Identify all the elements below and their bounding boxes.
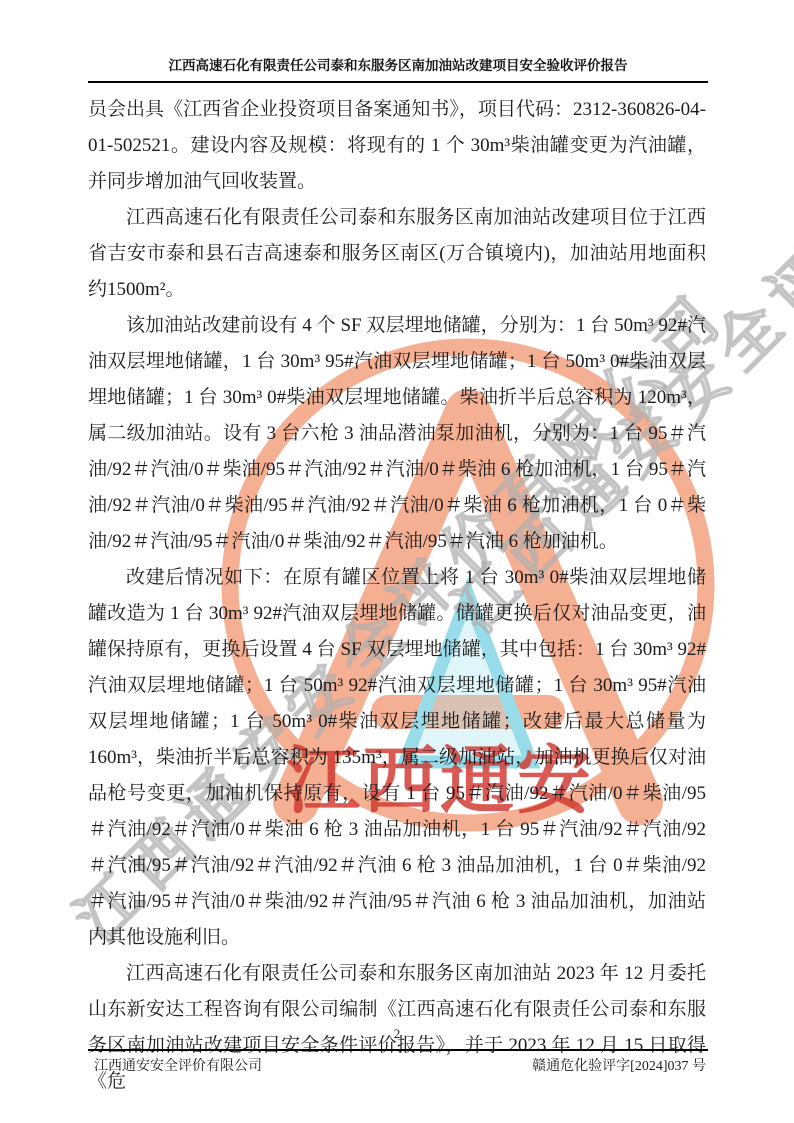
page-header-title: 江西高速石化有限责任公司泰和东服务区南加油站改建项目安全验收评价报告: [88, 54, 708, 83]
paragraph: 该加油站改建前设有 4 个 SF 双层埋地储罐，分别为：1 台 50m³ 92#…: [88, 308, 706, 560]
page-number: 2: [0, 1026, 794, 1042]
paragraph: 改建后情况如下：在原有罐区位置上将 1 台 30m³ 0#柴油双层埋地储罐改造为…: [88, 560, 706, 956]
footer-company-name: 江西通安安全评价有限公司: [94, 1055, 262, 1075]
paragraph: 江西高速石化有限责任公司泰和东服务区南加油站改建项目位于江西省吉安市泰和县石吉高…: [88, 200, 706, 308]
report-page: 江西通安 江西通安安全评价有限公司 江西通安安全评价有限公司 江西高速石化有限责…: [0, 0, 794, 1123]
document-body: 员会出具《江西省企业投资项目备案通知书》，项目代码：2312-360826-04…: [88, 92, 706, 1100]
footer-report-number: 赣通危化验评字[2024]037 号: [532, 1055, 706, 1075]
footer-divider: [88, 1049, 708, 1051]
paragraph: 员会出具《江西省企业投资项目备案通知书》，项目代码：2312-360826-04…: [88, 92, 706, 200]
document-content: 江西高速石化有限责任公司泰和东服务区南加油站改建项目安全验收评价报告 员会出具《…: [0, 0, 794, 1123]
